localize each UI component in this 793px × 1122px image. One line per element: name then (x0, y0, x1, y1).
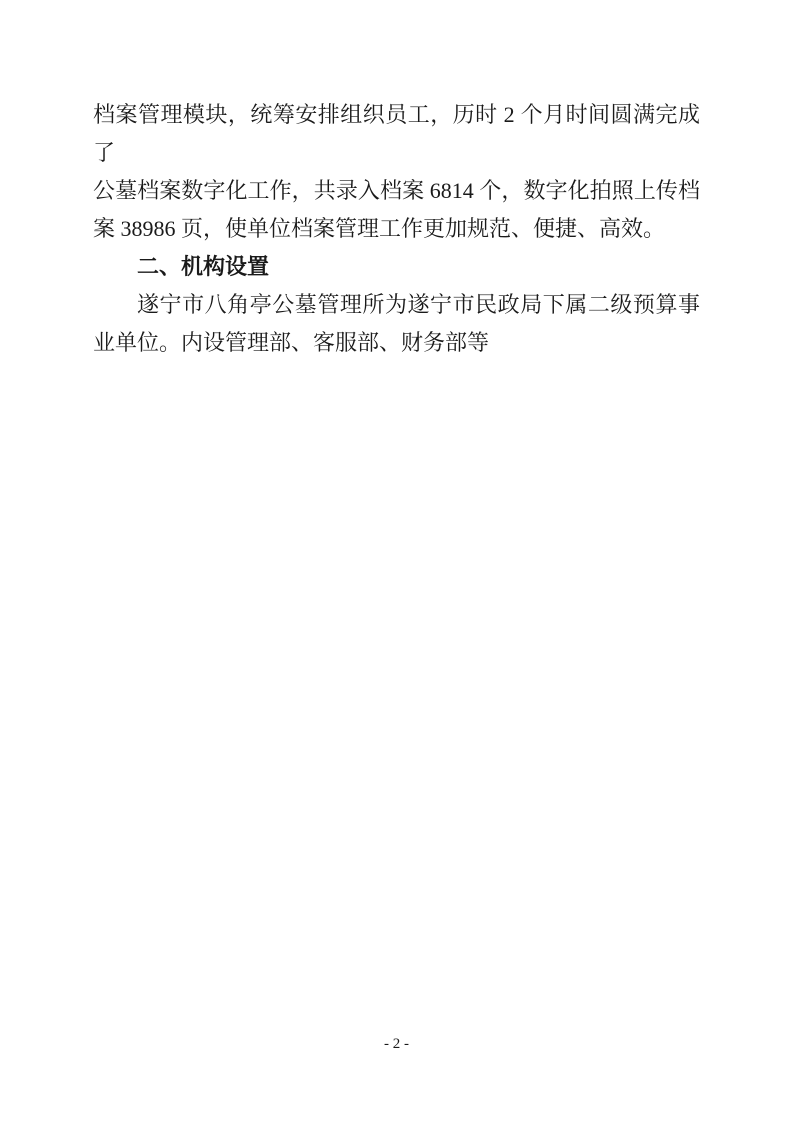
paragraph1-line3: 案 38986 页，使单位档案管理工作更加规范、便捷、高效。 (93, 210, 700, 248)
document-page: 档案管理模块，统筹安排组织员工，历时 2 个月时间圆满完成了 公墓档案数字化工作… (0, 0, 793, 1122)
page-footer: - 2 - (0, 1034, 793, 1054)
paragraph1-line2: 公墓档案数字化工作，共录入档案 6814 个，数字化拍照上传档 (93, 172, 700, 210)
paragraph2-line1: 遂宁市八角亭公墓管理所为遂宁市民政局下属二级预算事 (93, 286, 700, 324)
page-number: - 2 - (384, 1036, 409, 1052)
paragraph2-line2: 业单位。内设管理部、客服部、财务部等 (93, 324, 700, 362)
paragraph1-line1: 档案管理模块，统筹安排组织员工，历时 2 个月时间圆满完成了 (93, 96, 700, 172)
section-heading: 二、机构设置 (93, 248, 700, 286)
document-body: 档案管理模块，统筹安排组织员工，历时 2 个月时间圆满完成了 公墓档案数字化工作… (93, 96, 700, 362)
